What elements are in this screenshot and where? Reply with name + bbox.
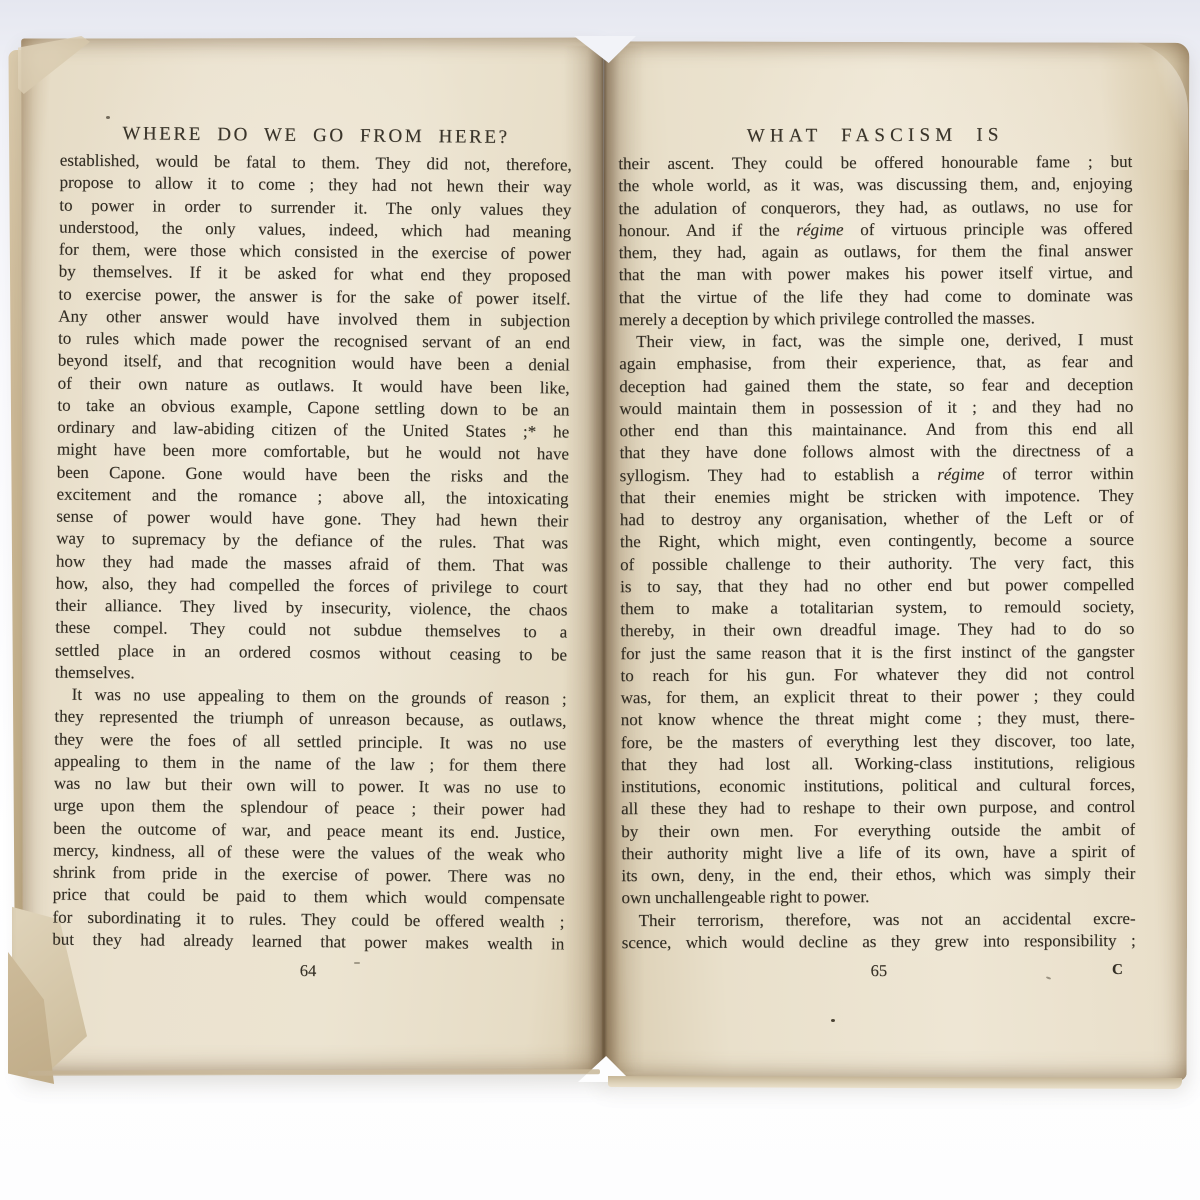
text-line: scence, which would decline as they grew… xyxy=(622,930,1136,954)
text-line: thereby, in their own dreadful image. Th… xyxy=(620,618,1134,642)
text-line: their authority might live a life of its… xyxy=(621,841,1135,865)
text-line: again emphasise, from their experience, … xyxy=(619,351,1133,375)
paper-speck xyxy=(106,116,110,119)
text-line: own unchallengeable right to power. xyxy=(621,885,1135,909)
text-segment: was no law but their own will to power. … xyxy=(54,774,566,798)
text-segment: price that could be paid to them which w… xyxy=(53,885,565,909)
text-segment: of terror within xyxy=(984,463,1133,483)
text-segment: the adulation of conquerors, they had, a… xyxy=(618,196,1132,217)
text-line: Their view, in fact, was the simple one,… xyxy=(619,329,1133,353)
text-segment: understood, the only values, indeed, whi… xyxy=(59,217,571,241)
text-line: is to say, that they had no other end bu… xyxy=(620,574,1134,598)
text-segment: to exercise power, the answer is for the… xyxy=(58,284,570,308)
text-segment: of their own nature as outlaws. It would… xyxy=(58,373,570,397)
text-segment: merely a deception by which privilege co… xyxy=(619,308,1035,329)
text-line: all these they had to reshape to their o… xyxy=(621,796,1135,820)
page-number-left: 64 xyxy=(300,961,317,980)
text-segment: that the virtue of the life they had com… xyxy=(619,285,1133,306)
text-line: was, for them, an explicit threat to the… xyxy=(621,685,1135,709)
text-line: its own, deny, in the end, their ethos, … xyxy=(621,863,1135,887)
text-segment: the Right, which might, even contingentl… xyxy=(620,530,1134,551)
left-page-body-text: established, would be fatal to them. The… xyxy=(52,150,572,956)
text-line: their ascent. They could be offered hono… xyxy=(618,151,1132,175)
text-segment: them to make a totalitarian system, to r… xyxy=(620,597,1134,618)
text-line: them to make a totalitarian system, to r… xyxy=(620,596,1134,620)
text-segment: scence, which would decline as they grew… xyxy=(622,931,1136,952)
text-segment: they were the foes of all settled princi… xyxy=(54,729,566,753)
text-segment: to power in order to surrender it. The o… xyxy=(59,195,571,219)
text-segment: thereby, in their own dreadful image. Th… xyxy=(620,619,1134,640)
page-number-right: 65 xyxy=(871,961,888,980)
text-segment: Their view, in fact, was the simple one,… xyxy=(636,330,1133,351)
text-segment: syllogism. They had to establish a xyxy=(620,464,938,484)
text-segment: ordinary and law-abiding citizen of the … xyxy=(57,418,569,442)
text-line: that the man with power makes his power … xyxy=(619,262,1133,286)
text-segment: established, would be fatal to them. The… xyxy=(60,151,572,175)
text-line: the Right, which might, even contingentl… xyxy=(620,529,1134,553)
text-line: institutions, economic institutions, pol… xyxy=(621,774,1135,798)
text-segment: been Capone. Gone would have been the ri… xyxy=(57,462,569,486)
text-line: other end than this maintainance. And fr… xyxy=(619,418,1133,442)
text-segment: been the outcome of war, and peace meant… xyxy=(53,818,565,842)
text-segment: appealing to them in the name of the law… xyxy=(54,751,566,775)
text-segment: mercy, kindness, all of these were the v… xyxy=(53,840,565,864)
text-line: the adulation of conquerors, they had, a… xyxy=(618,195,1132,219)
text-segment: their ascent. They could be offered hono… xyxy=(618,152,1132,173)
text-line: by their own men. For everything outside… xyxy=(621,818,1135,842)
text-line: for just the same reason that it is the … xyxy=(620,640,1134,664)
text-segment: that they had lost all. Working-class in… xyxy=(621,753,1135,774)
italic-word: régime xyxy=(937,464,984,483)
text-line: fore, be the masters of everything lest … xyxy=(621,729,1135,753)
text-segment: to reach for his gun. For whatever they … xyxy=(620,664,1134,685)
text-segment: of possible challenge to their authority… xyxy=(620,552,1134,573)
text-line: that their enemies might be stricken wit… xyxy=(620,485,1134,509)
right-page-footer: 65 C xyxy=(622,959,1136,983)
italic-word: régime xyxy=(796,220,843,239)
text-segment: for subordinating it to rules. They coul… xyxy=(52,907,564,931)
text-segment: other end than this maintainance. And fr… xyxy=(619,419,1133,440)
text-segment: propose to allow it to come ; they had n… xyxy=(59,173,571,197)
text-segment: that their enemies might be stricken wit… xyxy=(620,486,1134,507)
text-segment: for them, were those which consisted in … xyxy=(59,240,571,264)
text-segment: honour. And if the xyxy=(619,220,797,240)
text-segment: its own, deny, in the end, their ethos, … xyxy=(621,864,1135,885)
text-segment: It was no use appealing to them on the g… xyxy=(72,685,567,709)
text-segment: excitement and the romance ; above all, … xyxy=(56,484,568,508)
text-line: deception had gained them the state, so … xyxy=(619,373,1133,397)
text-segment: would maintain them in possession of it … xyxy=(619,397,1133,418)
text-segment: fore, be the masters of everything lest … xyxy=(621,730,1135,751)
text-line: not know whence the threat might come ; … xyxy=(621,707,1135,731)
text-line: the whole world, as it was, was discussi… xyxy=(618,173,1132,197)
text-segment: them, they had, again as outlaws, for th… xyxy=(619,241,1133,262)
text-line: but they had already learned that power … xyxy=(52,928,564,955)
text-line: to reach for his gun. For whatever they … xyxy=(620,663,1134,687)
text-line: Their terrorism, therefore, was not an a… xyxy=(622,907,1136,931)
text-line: them, they had, again as outlaws, for th… xyxy=(619,240,1133,264)
right-page-body-text: their ascent. They could be offered hono… xyxy=(618,151,1135,954)
text-segment: not know whence the threat might come ; … xyxy=(621,708,1135,729)
text-segment: institutions, economic institutions, pol… xyxy=(621,775,1135,796)
text-segment: urge upon them the splendour of peace ; … xyxy=(53,796,565,820)
text-segment: might have been more comfortable, but he… xyxy=(57,440,569,464)
text-segment: for just the same reason that it is the … xyxy=(620,641,1134,662)
text-segment: their authority might live a life of its… xyxy=(621,842,1135,863)
text-line: syllogism. They had to establish a régim… xyxy=(620,462,1134,486)
text-segment: how they had made the masses afraid of t… xyxy=(56,551,568,575)
text-segment: own unchallengeable right to power. xyxy=(621,887,869,907)
signature-mark: C xyxy=(1112,959,1124,981)
text-segment: how, also, they had compelled the forces… xyxy=(56,573,568,597)
left-page-bottom-edge xyxy=(28,1069,600,1075)
text-segment: deception had gained them the state, so … xyxy=(619,374,1133,395)
right-page-text-column: WHAT FASCISM IS their ascent. They could… xyxy=(618,123,1136,983)
text-segment: Their terrorism, therefore, was not an a… xyxy=(639,908,1136,929)
right-page-under-sheet xyxy=(608,1076,1182,1089)
running-head-right: WHAT FASCISM IS xyxy=(618,123,1132,149)
text-line: that they had lost all. Working-class in… xyxy=(621,752,1135,776)
text-segment: again emphasise, from their experience, … xyxy=(619,352,1133,373)
text-segment: all these they had to reshape to their o… xyxy=(621,797,1135,818)
paper-speck xyxy=(831,1019,835,1022)
text-segment: to take an obvious example, Capone settl… xyxy=(57,395,569,419)
text-segment: themselves. xyxy=(55,662,135,682)
text-segment: they represented the triumph of unreason… xyxy=(54,707,566,731)
text-line: honour. And if the régime of virtuous pr… xyxy=(619,218,1133,242)
text-segment: beyond itself, and that recognition woul… xyxy=(58,351,570,375)
text-segment: by their own men. For everything outside… xyxy=(621,819,1135,840)
text-segment: of virtuous principle was offered xyxy=(844,219,1133,239)
text-segment: settled place in an ordered cosmos witho… xyxy=(55,640,567,664)
text-segment: shrink from pride in the exercise of pow… xyxy=(53,863,565,887)
text-line: merely a deception by which privilege co… xyxy=(619,307,1133,331)
text-line: that the virtue of the life they had com… xyxy=(619,284,1133,308)
text-segment: to rules which made power the recognised… xyxy=(58,329,570,353)
left-page-text-column: WHERE DO WE GO FROM HERE? established, w… xyxy=(52,122,572,985)
text-segment: these compel. They could not subdue them… xyxy=(55,618,567,642)
photo-background: WHERE DO WE GO FROM HERE? established, w… xyxy=(0,0,1200,1200)
text-line: had to destroy any organisation, whether… xyxy=(620,507,1134,531)
text-segment: is to say, that they had no other end bu… xyxy=(620,575,1134,596)
text-segment: sense of power would have gone. They had… xyxy=(56,507,568,531)
text-segment: that the man with power makes his power … xyxy=(619,263,1133,284)
text-segment: was, for them, an explicit threat to the… xyxy=(621,686,1135,707)
text-segment: way to supremacy by the defiance of the … xyxy=(56,529,568,553)
text-segment: that they have done follows almost with … xyxy=(620,441,1134,462)
text-line: would maintain them in possession of it … xyxy=(619,396,1133,420)
running-head-left: WHERE DO WE GO FROM HERE? xyxy=(60,122,572,151)
text-segment: Any other answer would have involved the… xyxy=(58,306,570,330)
text-line: that they have done follows almost with … xyxy=(620,440,1134,464)
text-segment: had to destroy any organisation, whether… xyxy=(620,508,1134,529)
text-line: of possible challenge to their authority… xyxy=(620,551,1134,575)
text-segment: the whole world, as it was, was discussi… xyxy=(618,174,1132,195)
text-segment: by themselves. If it be asked for what e… xyxy=(59,262,571,286)
text-segment: but they had already learned that power … xyxy=(52,929,564,953)
text-segment: their alliance. They lived by insecurity… xyxy=(55,596,567,620)
